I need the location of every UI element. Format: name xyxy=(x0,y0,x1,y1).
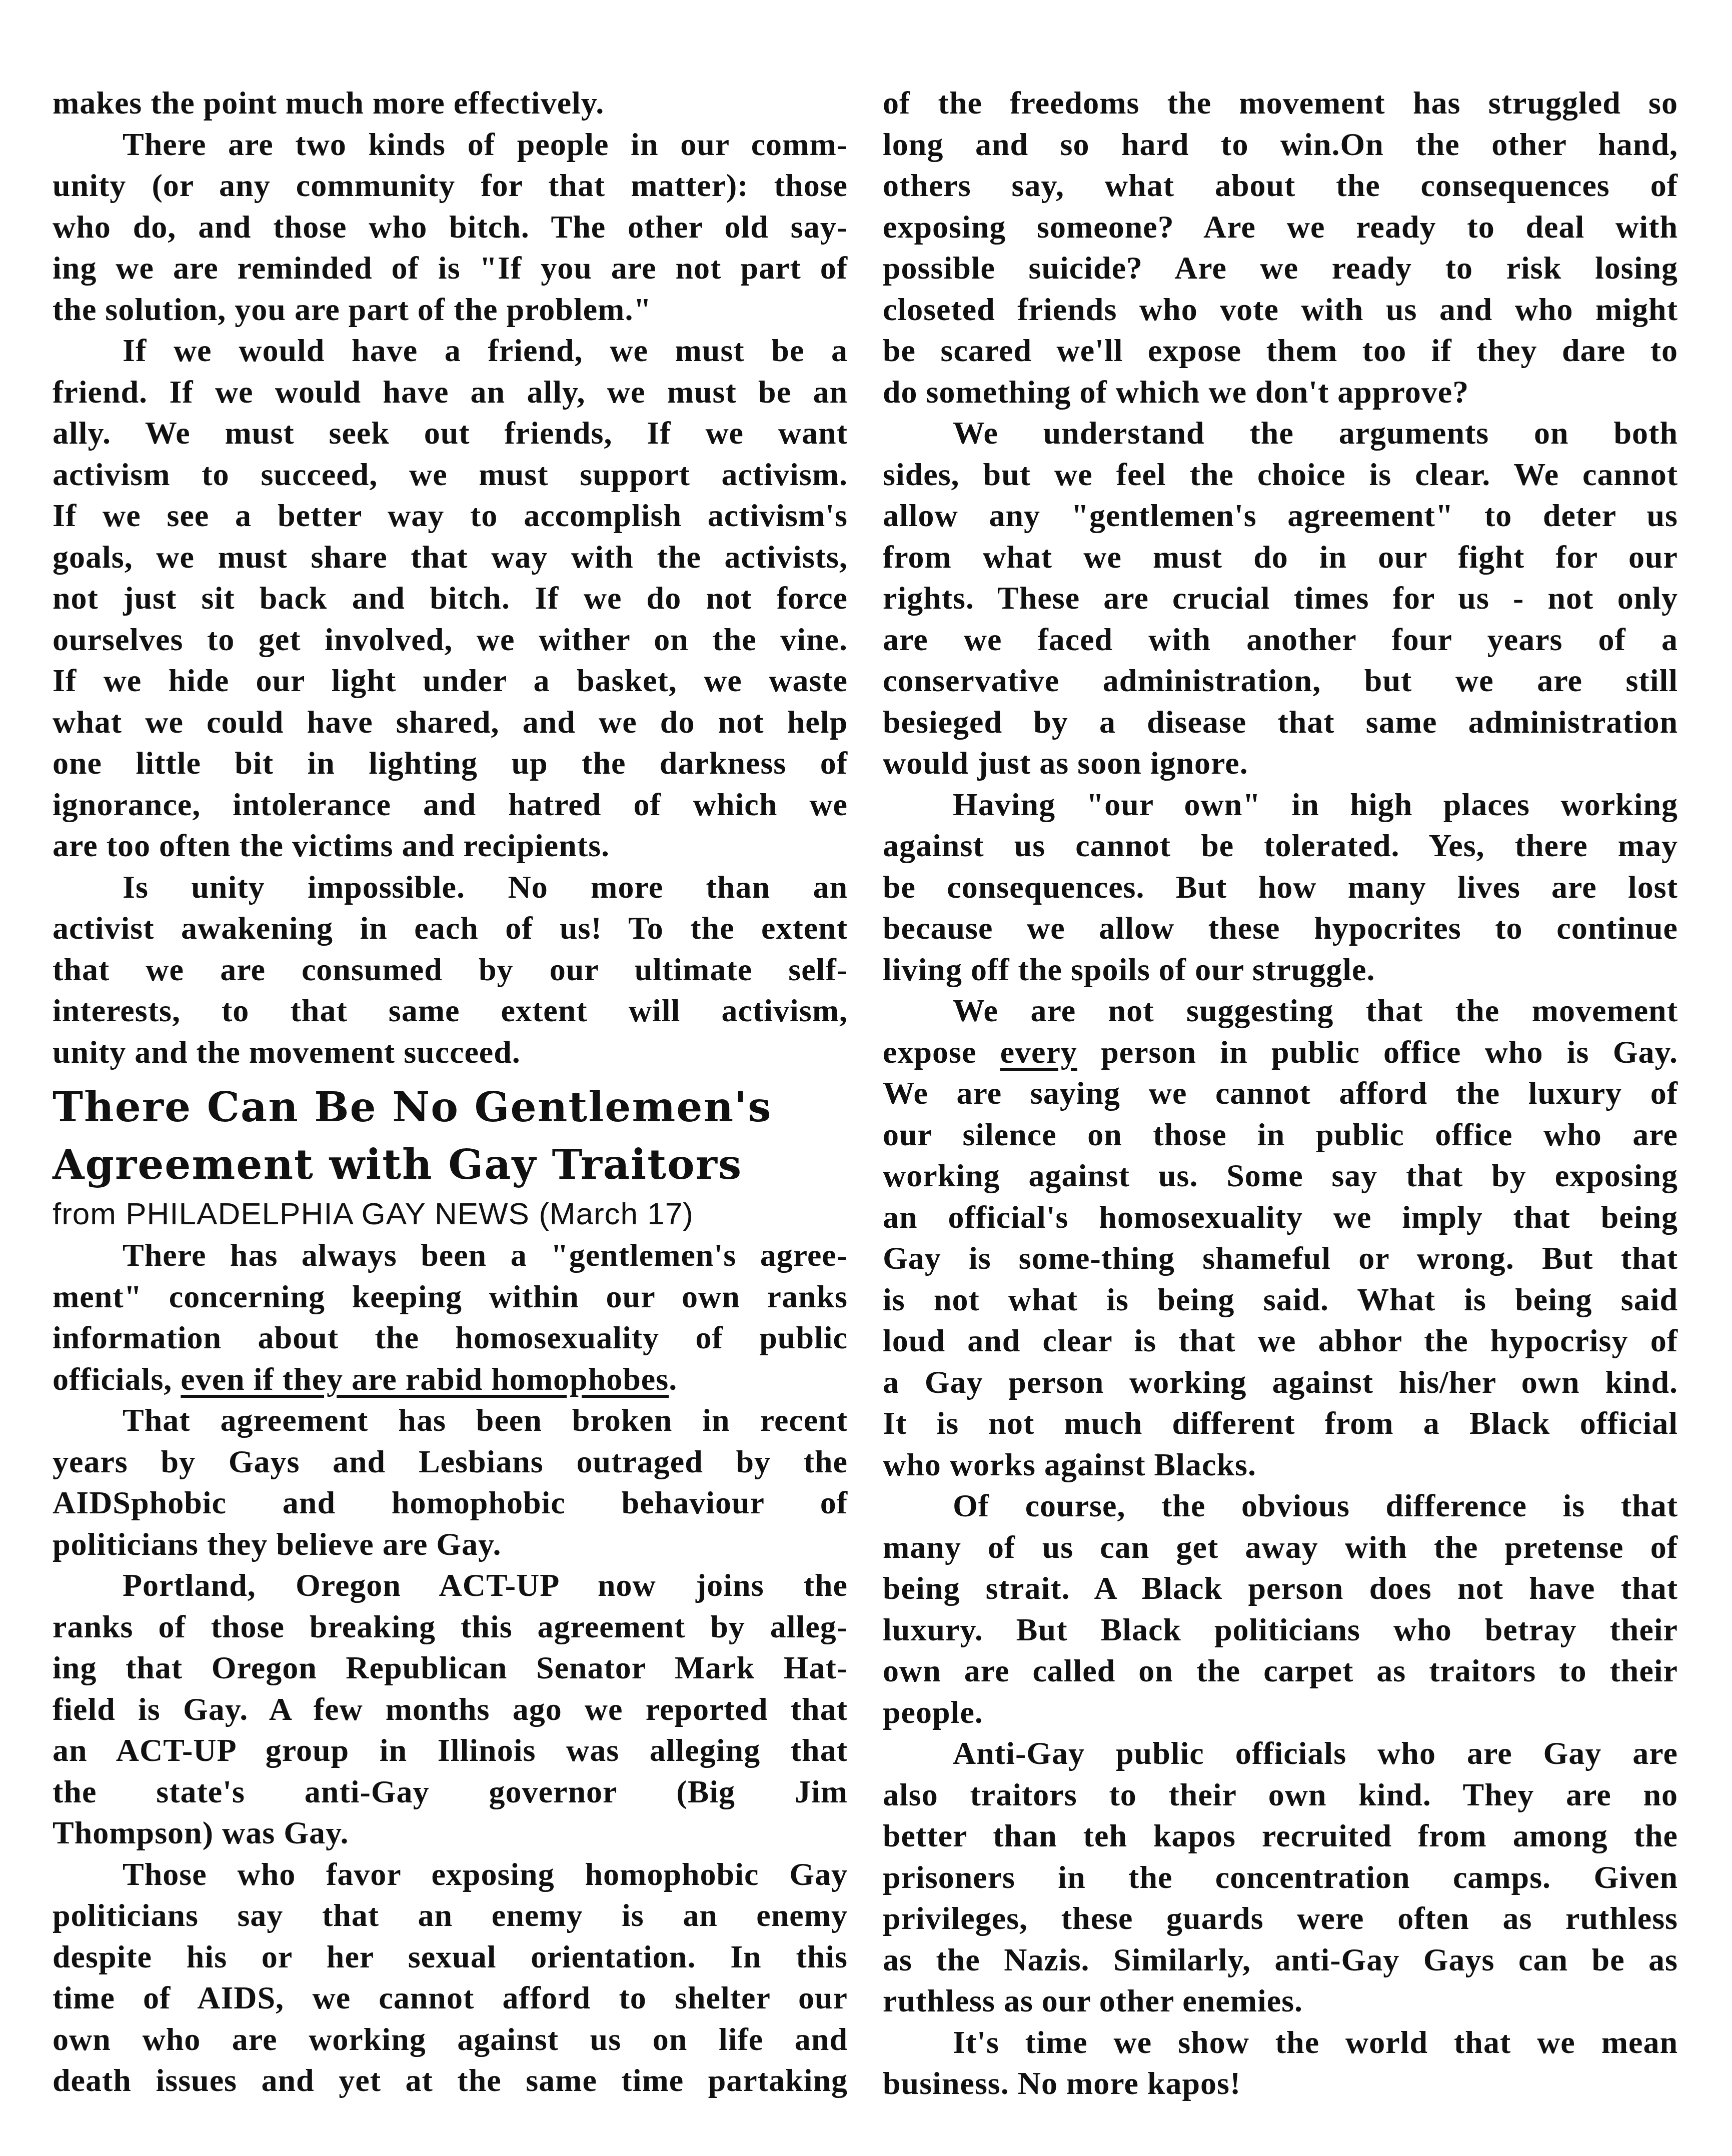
text-line: an official's homosexuality we imply tha… xyxy=(883,1197,1678,1238)
text-line: many of us can get away with the pretens… xyxy=(883,1527,1678,1568)
text-line: is not what is being said. What is being… xyxy=(883,1279,1678,1321)
text-line: besieged by a disease that same administ… xyxy=(883,702,1678,743)
text-line: living off the spoils of our struggle. xyxy=(883,949,1678,991)
text-line: exposing someone? Are we ready to deal w… xyxy=(883,207,1678,248)
text-line: If we would have a friend, we must be a xyxy=(53,330,848,372)
text-line: Having "our own" in high places working xyxy=(883,784,1678,826)
text-line: We are not suggesting that the movement xyxy=(883,990,1678,1032)
right-column: of the freedoms the movement has struggl… xyxy=(883,83,1678,2104)
text-line: Is unity impossible. No more than an xyxy=(53,867,848,908)
text-line: a Gay person working against his/her own… xyxy=(883,1362,1678,1403)
text-line: despite his or her sexual orientation. I… xyxy=(53,1936,848,1978)
text-line: unity (or any community for that matter)… xyxy=(53,165,848,207)
text-line: be consequences. But how many lives are … xyxy=(883,867,1678,908)
underlined-emphasis: every xyxy=(1000,1034,1077,1070)
newspaper-page: makes the point much more effectively.Th… xyxy=(0,0,1732,2156)
text-line: If we see a better way to accomplish act… xyxy=(53,495,848,537)
text-line: as the Nazis. Similarly, anti-Gay Gays c… xyxy=(883,1939,1678,1981)
text-line: our silence on those in public office wh… xyxy=(883,1114,1678,1156)
text-line: activism to succeed, we must support act… xyxy=(53,454,848,496)
text-line: ourselves to get involved, we wither on … xyxy=(53,619,848,661)
text-line: officials, even if they are rabid homoph… xyxy=(53,1359,848,1400)
text-line: makes the point much more effectively. xyxy=(53,83,848,124)
text-line: long and so hard to win.On the other han… xyxy=(883,124,1678,166)
text-line: own who are working against us on life a… xyxy=(53,2019,848,2060)
text-line: of the freedoms the movement has struggl… xyxy=(883,83,1678,124)
text-line: ing that Oregon Republican Senator Mark … xyxy=(53,1647,848,1689)
text-line: Those who favor exposing homophobic Gay xyxy=(53,1854,848,1895)
text-line: also traitors to their own kind. They ar… xyxy=(883,1774,1678,1816)
text-line: ment" concerning keeping within our own … xyxy=(53,1276,848,1318)
text-line: allow any "gentlemen's agreement" to det… xyxy=(883,495,1678,537)
text-line: who do, and those who bitch. The other o… xyxy=(53,207,848,248)
text-line: expose every person in public office who… xyxy=(883,1032,1678,1073)
text-line: do something of which we don't approve? xyxy=(883,372,1678,413)
text-line: death issues and yet at the same time pa… xyxy=(53,2060,848,2101)
text-line: There are two kinds of people in our com… xyxy=(53,124,848,166)
text-line: unity and the movement succeed. xyxy=(53,1032,848,1073)
text-line: loud and clear is that we abhor the hypo… xyxy=(883,1320,1678,1362)
text-line: Of course, the obvious difference is tha… xyxy=(883,1485,1678,1527)
text-line: information about the homosexuality of p… xyxy=(53,1317,848,1359)
text-line: not just sit back and bitch. If we do no… xyxy=(53,578,848,619)
text-line: better than teh kapos recruited from amo… xyxy=(883,1815,1678,1857)
text-line: ing we are reminded of is "If you are no… xyxy=(53,248,848,289)
text-line: being strait. A Black person does not ha… xyxy=(883,1568,1678,1609)
text-line: rights. These are crucial times for us -… xyxy=(883,578,1678,619)
previous-article-continuation: makes the point much more effectively.Th… xyxy=(53,83,848,1073)
text-line: what we could have shared, and we do not… xyxy=(53,702,848,743)
text-line: working against us. Some say that by exp… xyxy=(883,1155,1678,1197)
text-line: time of AIDS, we cannot afford to shelte… xyxy=(53,1977,848,2019)
text-line: We are saying we cannot afford the luxur… xyxy=(883,1073,1678,1114)
text-line: are too often the victims and recipients… xyxy=(53,825,848,867)
left-column: makes the point much more effectively.Th… xyxy=(53,83,848,2101)
text-line: from what we must do in our fight for ou… xyxy=(883,537,1678,578)
text-line: There has always been a "gentlemen's agr… xyxy=(53,1235,848,1276)
text-line: luxury. But Black politicians who betray… xyxy=(883,1609,1678,1651)
text-line: ranks of those breaking this agreement b… xyxy=(53,1606,848,1648)
text-line: If we hide our light under a basket, we … xyxy=(53,660,848,702)
text-line: closeted friends who vote with us and wh… xyxy=(883,289,1678,331)
text-line: privileges, these guards were often as r… xyxy=(883,1898,1678,1939)
text-line: politicians say that an enemy is an enem… xyxy=(53,1895,848,1936)
text-line: AIDSphobic and homophobic behaviour of xyxy=(53,1482,848,1524)
text-line: goals, we must share that way with the a… xyxy=(53,537,848,578)
text-line: activist awakening in each of us! To the… xyxy=(53,908,848,949)
text-line: years by Gays and Lesbians outraged by t… xyxy=(53,1441,848,1483)
text-line: own are called on the carpet as traitors… xyxy=(883,1650,1678,1692)
text-line: Portland, Oregon ACT-UP now joins the xyxy=(53,1565,848,1606)
text-line: against us cannot be tolerated. Yes, the… xyxy=(883,825,1678,867)
text-line: who works against Blacks. xyxy=(883,1444,1678,1486)
text-line: politicians they believe are Gay. xyxy=(53,1524,848,1565)
text-line: be scared we'll expose them too if they … xyxy=(883,330,1678,372)
text-line: others say, what about the consequences … xyxy=(883,165,1678,207)
text-line: that we are consumed by our ultimate sel… xyxy=(53,949,848,991)
text-line: would just as soon ignore. xyxy=(883,743,1678,784)
text-line: prisoners in the concentration camps. Gi… xyxy=(883,1857,1678,1898)
article-body-left: There has always been a "gentlemen's agr… xyxy=(53,1235,848,2101)
text-line: possible suicide? Are we ready to risk l… xyxy=(883,248,1678,289)
article-header: There Can Be No Gentlemen's Agreement wi… xyxy=(53,1079,848,1235)
text-line: because we allow these hypocrites to con… xyxy=(883,908,1678,949)
text-line: We understand the arguments on both xyxy=(883,413,1678,454)
text-line: business. No more kapos! xyxy=(883,2063,1678,2104)
article-headline-line-2: Agreement with Gay Traitors xyxy=(53,1136,848,1194)
text-line: It is not much different from a Black of… xyxy=(883,1403,1678,1444)
article-body-right: of the freedoms the movement has struggl… xyxy=(883,83,1678,2104)
text-line: ruthless as our other enemies. xyxy=(883,1980,1678,2022)
text-line: an ACT-UP group in Illinois was alleging… xyxy=(53,1730,848,1771)
text-line: one little bit in lighting up the darkne… xyxy=(53,743,848,784)
text-line: Thompson) was Gay. xyxy=(53,1812,848,1854)
text-line: sides, but we feel the choice is clear. … xyxy=(883,454,1678,496)
text-line: ally. We must seek out friends, If we wa… xyxy=(53,413,848,454)
text-line: the state's anti-Gay governor (Big Jim xyxy=(53,1771,848,1813)
article-source: from PHILADELPHIA GAY NEWS (March 17) xyxy=(53,1194,848,1235)
text-line: conservative administration, but we are … xyxy=(883,660,1678,702)
text-line: are we faced with another four years of … xyxy=(883,619,1678,661)
article-headline-line-1: There Can Be No Gentlemen's xyxy=(53,1079,848,1136)
text-line: friend. If we would have an ally, we mus… xyxy=(53,372,848,413)
text-line: people. xyxy=(883,1692,1678,1733)
underlined-emphasis: even if they are rabid homophobes xyxy=(181,1361,669,1397)
text-line: interests, to that same extent will acti… xyxy=(53,990,848,1032)
text-line: It's time we show the world that we mean xyxy=(883,2022,1678,2063)
text-line: the solution, you are part of the proble… xyxy=(53,289,848,331)
text-line: Gay is some-thing shameful or wrong. But… xyxy=(883,1238,1678,1279)
text-line: field is Gay. A few months ago we report… xyxy=(53,1689,848,1730)
text-line: Anti-Gay public officials who are Gay ar… xyxy=(883,1733,1678,1774)
text-line: That agreement has been broken in recent xyxy=(53,1400,848,1441)
text-line: ignorance, intolerance and hatred of whi… xyxy=(53,784,848,826)
